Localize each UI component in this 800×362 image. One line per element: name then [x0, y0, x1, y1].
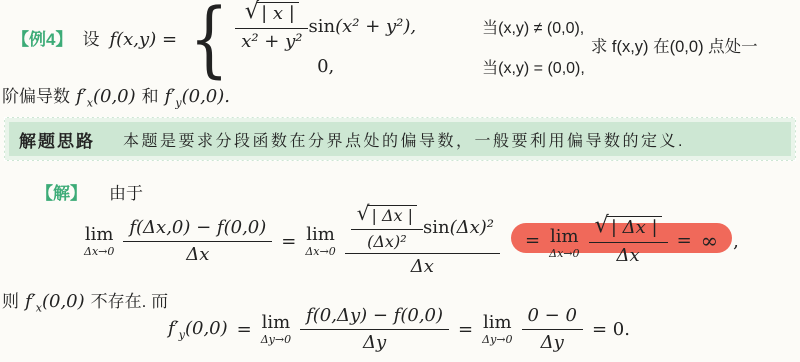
example-tag: 【例4】 — [12, 25, 72, 50]
question-prefix: 阶偏导数 — [2, 82, 70, 107]
function-definition: f(x,y) = — [109, 29, 177, 50]
case1-condition: 当(x,y) ≠ (0,0), — [482, 15, 585, 38]
equals-sign: = — [677, 230, 692, 251]
case2-value: 0, — [317, 56, 334, 77]
inner-fraction: √ | Δx | (Δx)² — [351, 205, 423, 250]
comma: , — [733, 231, 739, 252]
highlight-marker: = lim Δx→0 √ | Δx | Δx = ∞ — [513, 216, 730, 265]
not-exist-text: 不存在. 而 — [91, 287, 168, 312]
piecewise-brace: { — [190, 3, 229, 77]
infinity-symbol: ∞ — [701, 229, 719, 253]
case1-denominator: x² + y² — [235, 28, 308, 52]
sin-function: sin — [423, 218, 450, 238]
limit-operator: lim Δx→0 — [84, 226, 114, 257]
piecewise-cases: √ | x | x² + y² sin(x² + y²), 当(x,y) ≠ (… — [235, 2, 585, 78]
difference-quotient-fraction: f(0,Δy) − f(0,0) Δy — [300, 306, 449, 353]
sqrt-abs-dx: √ | Δx | — [595, 216, 662, 239]
solution-tag: 【解】 — [36, 179, 87, 204]
sqrt-abs-dx: √ | Δx | — [357, 205, 417, 225]
case1-fraction: √ | x | x² + y² — [235, 2, 308, 51]
fy-partial: f′y(0,0) — [168, 318, 228, 342]
equals-sign: = — [525, 230, 540, 251]
limit-operator: lim Δy→0 — [482, 314, 512, 345]
sin-argument: (x² + y²), — [335, 16, 416, 37]
example-problem-line2: 阶偏导数 f′x(0,0) 和 f′y(0,0). — [2, 82, 230, 110]
case1-expression: √ | x | x² + y² sin(x² + y²), — [235, 2, 416, 51]
solution-idea-box: 解题思路 本题是要求分段函数在分界点处的偏导数，一般要利用偏导数的定义. — [4, 117, 796, 161]
fy-partial: f′y(0,0). — [165, 86, 230, 110]
equals-sign: = — [237, 319, 252, 340]
textbook-page: 【例4】 设 f(x,y) = { √ | x | x² + y² sin(x²… — [0, 0, 800, 362]
idea-box-label: 解题思路 — [19, 127, 95, 152]
limit-operator: lim Δy→0 — [261, 314, 291, 345]
radicand: | x | — [257, 2, 299, 25]
fx-partial: f′x(0,0) — [25, 291, 85, 315]
y-partial-limit-equation: f′y(0,0) = lim Δy→0 f(0,Δy) − f(0,0) Δy … — [168, 306, 630, 353]
difference-quotient-fraction: f(Δx,0) − f(0,0) Δx — [123, 218, 272, 265]
zero-fraction: 0 − 0 Δy — [522, 306, 583, 353]
problem-lead: 设 — [82, 25, 99, 50]
and-word: 和 — [142, 82, 159, 107]
x-partial-limit-equation: lim Δx→0 f(Δx,0) − f(0,0) Δx = lim Δx→0 … — [84, 197, 739, 285]
sqrt-abs-x: √ | x | — [245, 2, 299, 25]
conclusion-line: 则 f′x(0,0) 不存在. 而 — [2, 287, 168, 315]
idea-box-text: 本题是要求分段函数在分界点处的偏导数，一般要利用偏导数的定义. — [123, 128, 685, 151]
example-problem-line1: 【例4】 设 f(x,y) = { √ | x | x² + y² sin(x²… — [12, 2, 758, 78]
limit-operator: lim Δx→0 — [305, 226, 335, 257]
problem-question-part1: 求 f(x,y) 在(0,0) 点处一 — [591, 33, 758, 57]
result-value: = 0. — [592, 319, 630, 340]
equals-sign: = — [458, 319, 473, 340]
case2-condition: 当(x,y) = (0,0), — [482, 55, 585, 78]
equals-sign: = — [281, 231, 296, 252]
sin-function: sin — [308, 16, 335, 37]
sin-argument: (Δx)² — [450, 218, 494, 238]
then-word: 则 — [2, 287, 19, 312]
limit-operator: lim Δx→0 — [549, 228, 579, 259]
substituted-fraction: √ | Δx | (Δx)² sin(Δx)² Δx — [345, 205, 500, 277]
highlighted-fraction: √ | Δx | Δx — [589, 216, 668, 265]
fx-partial: f′x(0,0) — [76, 86, 136, 110]
